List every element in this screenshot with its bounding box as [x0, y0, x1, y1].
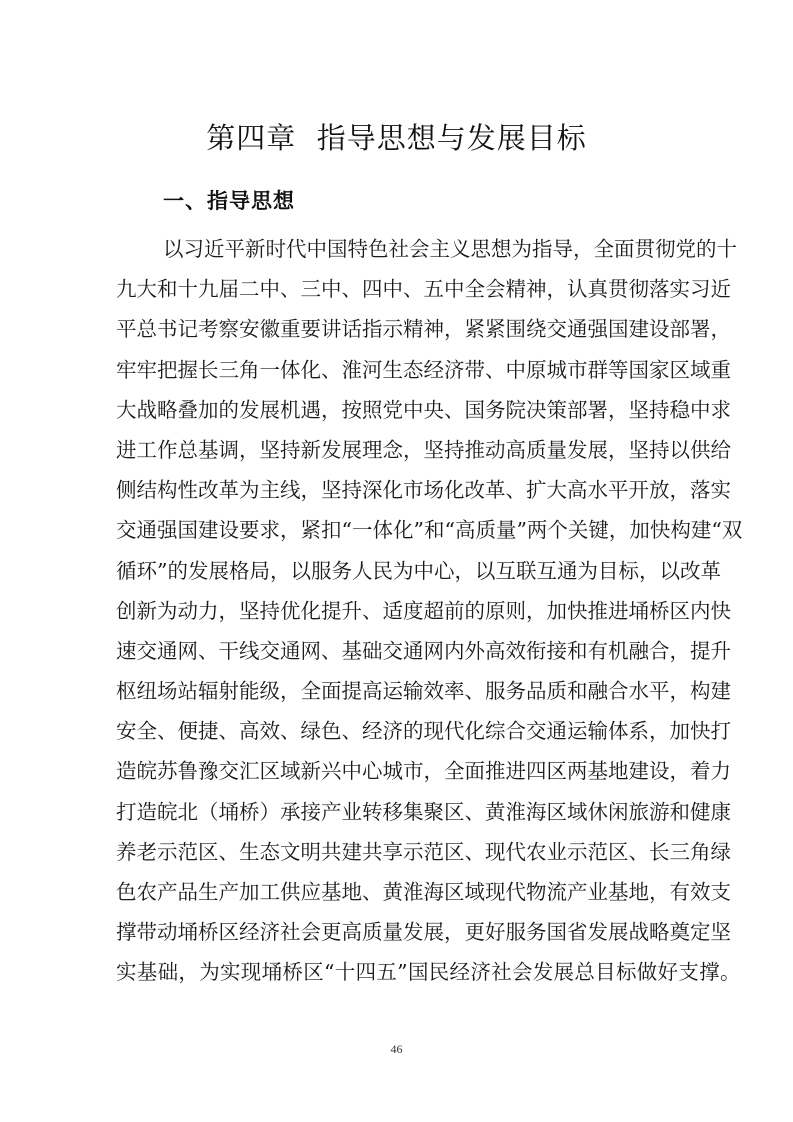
paragraph-line: 九大和十九届二中、三中、四中、五中全会精神，认真贯彻落实习近 — [116, 275, 678, 315]
guiding-ideology-paragraph: 以习近平新时代中国特色社会主义思想为指导，全面贯彻党的十 九大和十九届二中、三中… — [116, 235, 678, 999]
paragraph-line: 撑带动埇桥区经济社会更高质量发展，更好服务国省发展战略奠定坚 — [116, 918, 678, 958]
paragraph-line: 养老示范区、生态文明共建共享示范区、现代农业示范区、长三角绿 — [116, 838, 678, 878]
paragraph-line: 创新为动力，坚持优化提升、适度超前的原则，加快推进埇桥区内快 — [116, 597, 678, 637]
paragraph-line: 以习近平新时代中国特色社会主义思想为指导，全面贯彻党的十 — [116, 235, 678, 275]
paragraph-line: 牢牢把握长三角一体化、淮河生态经济带、中原城市群等国家区域重 — [116, 356, 678, 396]
paragraph-line: 实基础，为实现埇桥区“十四五”国民经济社会发展总目标做好支撑。 — [116, 958, 678, 998]
paragraph-line: 大战略叠加的发展机遇，按照党中央、国务院决策部署，坚持稳中求 — [116, 396, 678, 436]
paragraph-line: 交通强国建设要求，紧扣“一体化”和“高质量”两个关键，加快构建“双 — [116, 516, 678, 556]
paragraph-line: 速交通网、干线交通网、基础交通网内外高效衔接和有机融合，提升 — [116, 637, 678, 677]
paragraph-line: 侧结构性改革为主线，坚持深化市场化改革、扩大高水平开放，落实 — [116, 476, 678, 516]
chapter-title: 第四章 指导思想与发展目标 — [0, 116, 793, 157]
document-page: 第四章 指导思想与发展目标 一、指导思想 以习近平新时代中国特色社会主义思想为指… — [0, 0, 793, 1122]
paragraph-line: 安全、便捷、高效、绿色、经济的现代化综合交通运输体系，加快打 — [116, 717, 678, 757]
paragraph-line: 打造皖北（埇桥）承接产业转移集聚区、黄淮海区域休闲旅游和健康 — [116, 798, 678, 838]
section-heading: 一、指导思想 — [163, 185, 295, 215]
paragraph-line: 枢纽场站辐射能级，全面提高运输效率、服务品质和融合水平，构建 — [116, 677, 678, 717]
paragraph-line: 循环”的发展格局，以服务人民为中心，以互联互通为目标，以改革 — [116, 557, 678, 597]
paragraph-line: 色农产品生产加工供应基地、黄淮海区域现代物流产业基地，有效支 — [116, 878, 678, 918]
paragraph-line: 进工作总基调，坚持新发展理念，坚持推动高质量发展，坚持以供给 — [116, 436, 678, 476]
paragraph-line: 平总书记考察安徽重要讲话指示精神，紧紧围绕交通强国建设部署， — [116, 315, 678, 355]
paragraph-line: 造皖苏鲁豫交汇区域新兴中心城市，全面推进四区两基地建设，着力 — [116, 757, 678, 797]
page-number: 46 — [0, 1042, 793, 1057]
